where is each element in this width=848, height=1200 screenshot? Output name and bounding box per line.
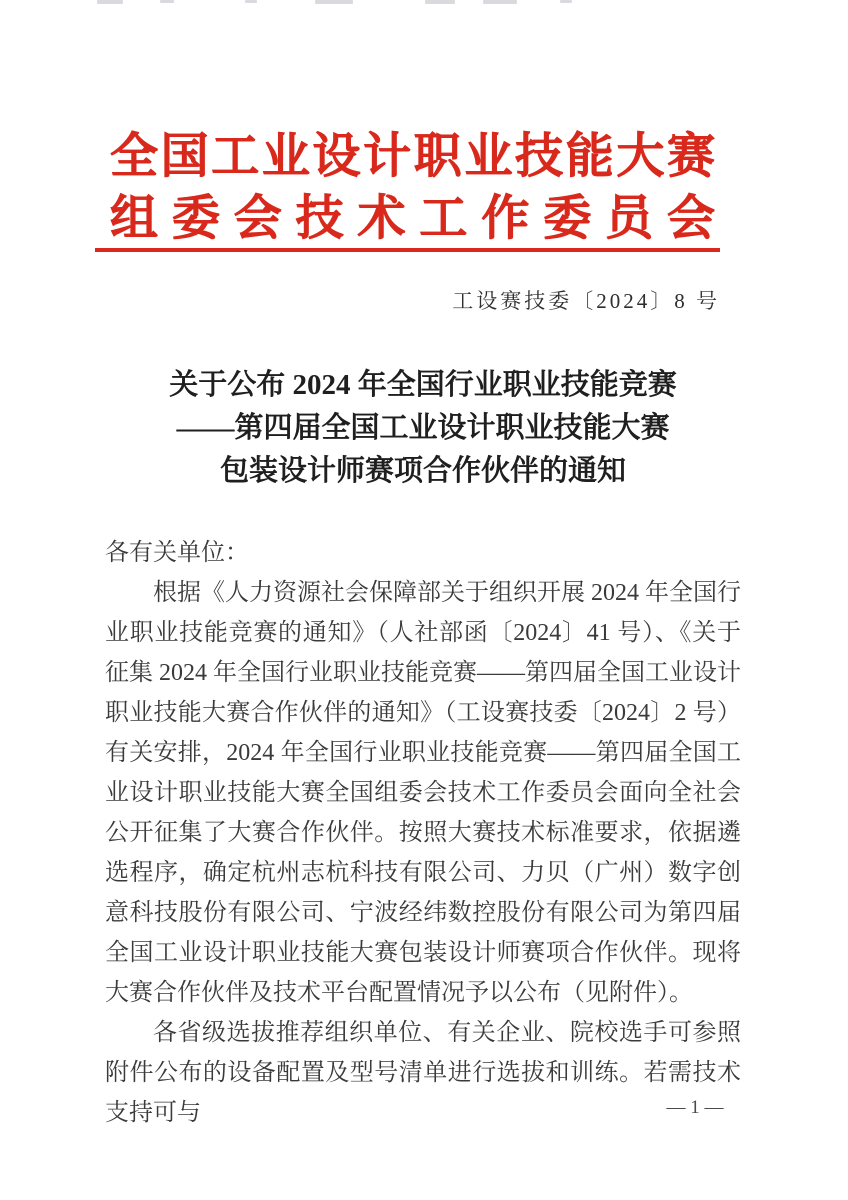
- document-body: 各有关单位： 根据《人力资源社会保障部关于组织开展 2024 年全国行业职业技能…: [105, 533, 741, 1133]
- letterhead-line-2: 组委会技术工作委员会: [110, 188, 715, 250]
- title-line-3: 包装设计师赛项合作伙伴的通知: [105, 450, 741, 493]
- scan-dash: [560, 0, 572, 3]
- reference-number: 工设赛技委〔2024〕8 号: [452, 286, 720, 316]
- body-paragraph-1: 根据《人力资源社会保障部关于组织开展 2024 年全国行业职业技能竞赛的通知》（…: [105, 573, 741, 1013]
- document-title: 关于公布 2024 年全国行业职业技能竞赛 ——第四届全国工业设计职业技能大赛 …: [105, 364, 741, 493]
- scan-dash: [483, 0, 517, 4]
- scan-dash: [245, 0, 257, 3]
- letterhead-divider-rule: [95, 248, 720, 252]
- scan-dash: [160, 0, 174, 3]
- title-line-2: ——第四届全国工业设计职业技能大赛: [105, 407, 741, 450]
- document-page: 全国工业设计职业技能大赛 组委会技术工作委员会 工设赛技委〔2024〕8 号 关…: [0, 0, 848, 1200]
- letterhead: 全国工业设计职业技能大赛 组委会技术工作委员会: [110, 126, 715, 250]
- salutation: 各有关单位：: [105, 533, 741, 573]
- scan-dash: [425, 0, 455, 4]
- letterhead-line-1: 全国工业设计职业技能大赛: [110, 126, 715, 188]
- scan-dash: [315, 0, 353, 4]
- title-line-1: 关于公布 2024 年全国行业职业技能竞赛: [105, 364, 741, 407]
- body-paragraph-2: 各省级选拔推荐组织单位、有关企业、院校选手可参照附件公布的设备配置及型号清单进行…: [105, 1013, 741, 1133]
- page-number: — 1 —: [655, 1096, 735, 1120]
- scan-dash: [97, 0, 123, 4]
